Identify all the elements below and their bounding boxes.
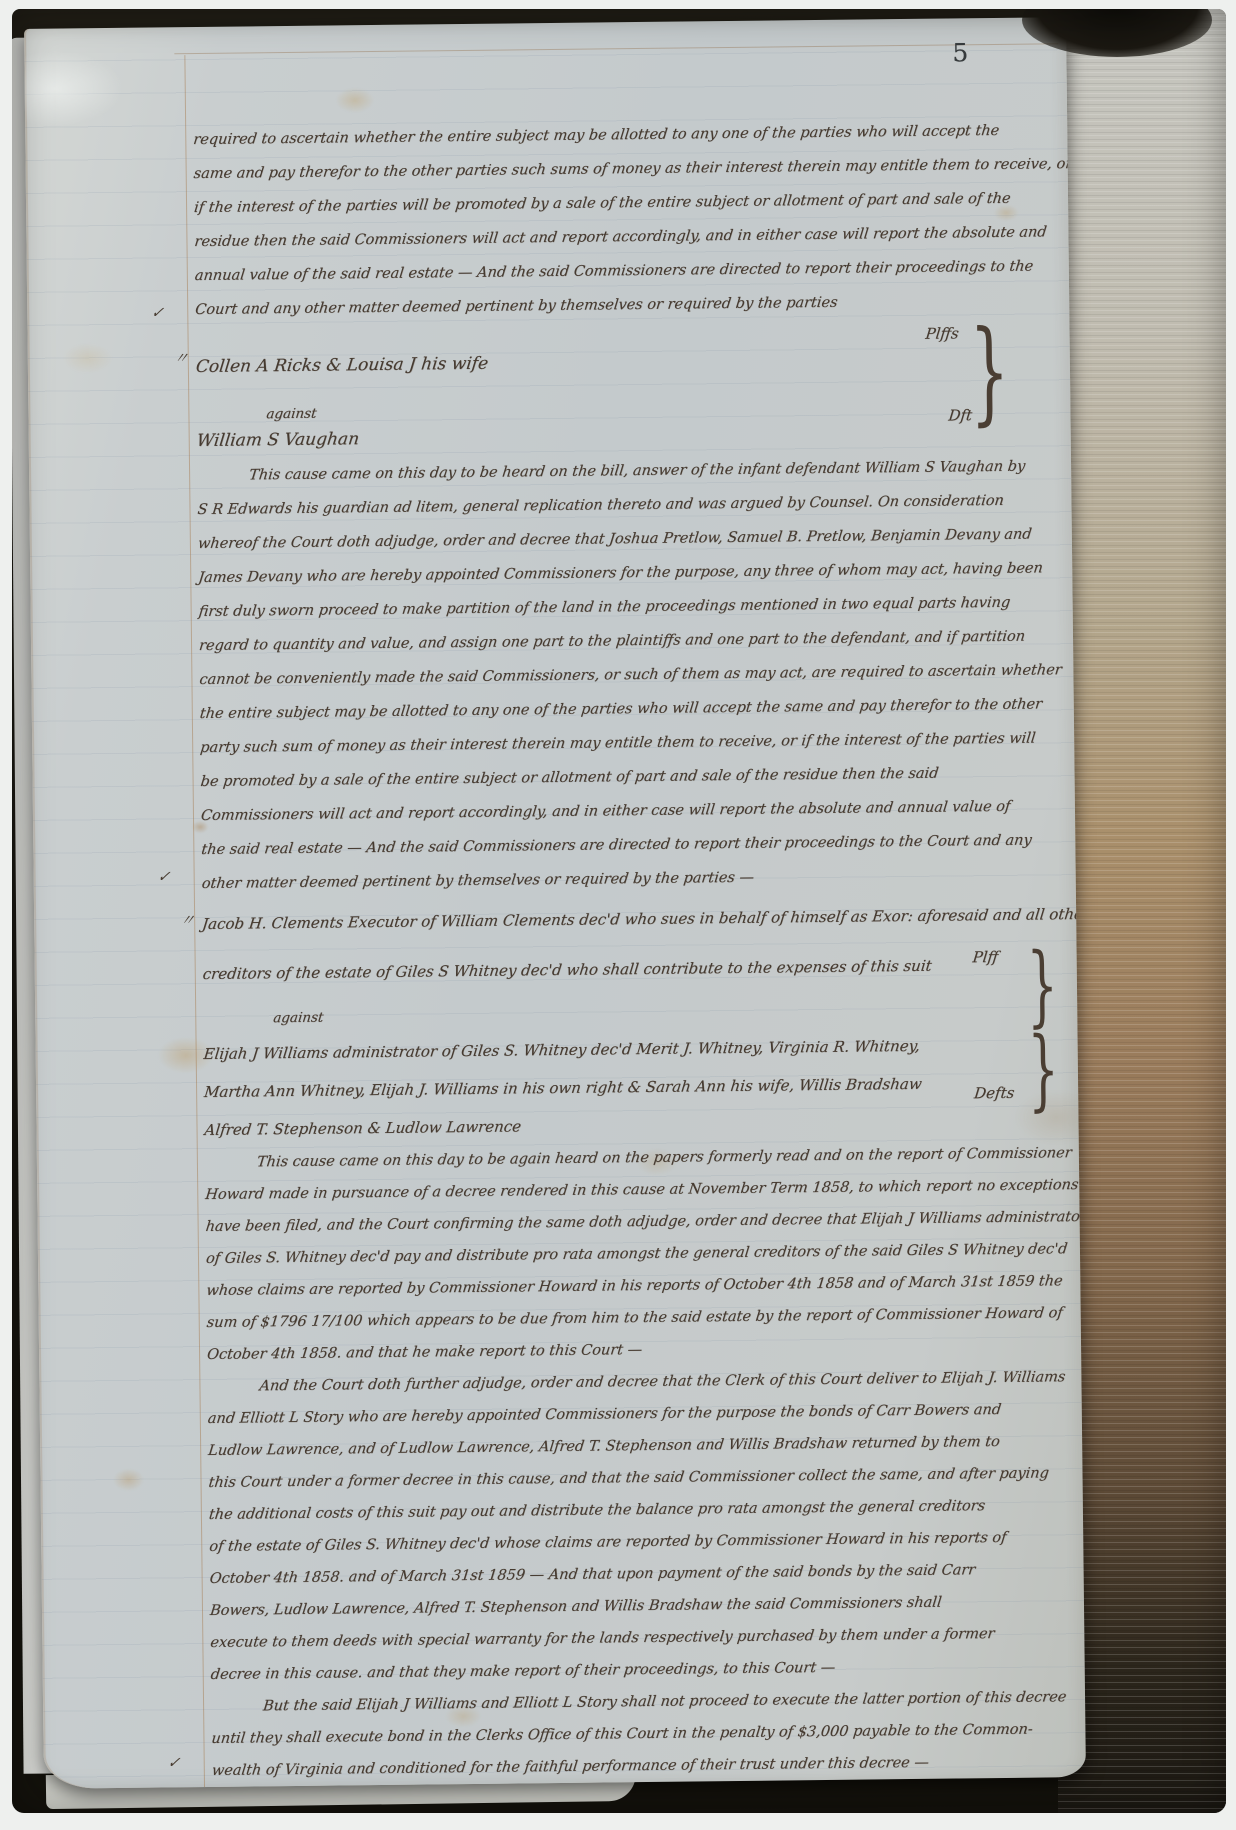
case2-caption-line: creditors of the estate of Giles S Whitn… xyxy=(202,957,933,983)
continuation-paragraph: required to ascertain whether the entire… xyxy=(193,113,1074,327)
margin-paragraph-mark: 〃 xyxy=(173,347,190,368)
case1-defendants: William S Vaughan xyxy=(196,429,361,451)
case1-decree-body: This cause came on this day to be heard … xyxy=(197,449,1064,901)
case2-defendants: Elijah J Williams administrator of Giles… xyxy=(203,1027,922,1149)
case2-defendant-label: Defts xyxy=(973,1084,1015,1102)
case2-caption-line: Jacob H. Clements Executor of William Cl… xyxy=(201,905,1086,933)
margin-check-mark: ✓ xyxy=(167,1753,182,1771)
photo-scene: 5 required to ascertain whether the enti… xyxy=(12,9,1226,1813)
page-number: 5 xyxy=(952,38,968,67)
manuscript-page: 5 required to ascertain whether the enti… xyxy=(24,17,1086,1789)
case1-plaintiff-label: Plffs xyxy=(925,324,960,342)
case1-plaintiffs: Collen A Ricks & Louisa J his wife xyxy=(195,354,489,377)
page-top-edge-line xyxy=(174,43,1058,54)
case1-defendant-label: Dft xyxy=(947,406,973,424)
case2-lower-brace: } xyxy=(1027,1025,1059,1113)
case1-brace: } xyxy=(969,316,1009,428)
margin-check-mark: ✓ xyxy=(150,303,165,321)
case2-versus: against xyxy=(272,1010,324,1027)
case2-decree-body: This cause came on this day to be again … xyxy=(205,1137,1086,1787)
margin-check-mark: ✓ xyxy=(157,867,172,885)
case2-plaintiff-label: Plff xyxy=(972,948,1000,966)
margin-paragraph-mark: 〃 xyxy=(179,909,196,930)
photo-frame: 5 required to ascertain whether the enti… xyxy=(0,0,1236,1830)
case1-versus: against xyxy=(266,406,318,423)
